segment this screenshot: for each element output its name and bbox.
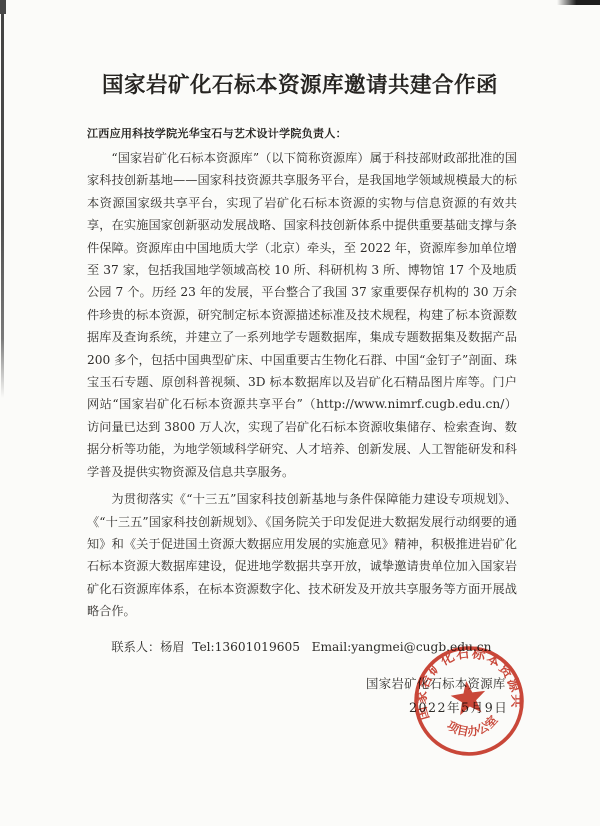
- salutation: 江西应用科技学院光华宝石与艺术设计学院负责人：: [87, 125, 517, 141]
- svg-text:国家岩矿化石标本资源共享平台: 国家岩矿化石标本资源共享平台: [405, 637, 526, 724]
- paragraph-1: “国家岩矿化石标本资源库”（以下简称资源库）属于科技部财政部批准的国家科技创新基…: [87, 147, 517, 483]
- scan-corner-artifact: [0, 0, 6, 14]
- scan-edge-artifact: [1, 0, 4, 398]
- seal-ring-text: 国家岩矿化石标本资源共享平台: [405, 637, 526, 724]
- scanned-letter-page: 国家岩矿化石标本资源库邀请共建合作函 江西应用科技学院光华宝石与艺术设计学院负责…: [0, 0, 600, 826]
- letter-body: 江西应用科技学院光华宝石与艺术设计学院负责人： “国家岩矿化石标本资源库”（以下…: [87, 125, 517, 658]
- svg-text:项目办公室: 项目办公室: [443, 711, 502, 742]
- star-icon: [449, 678, 488, 716]
- letter-title: 国家岩矿化石标本资源库邀请共建合作函: [0, 0, 600, 99]
- paragraph-2: 为贯彻落实《“十三五”国家科技创新基地与条件保障能力建设专项规划》、《“十三五”…: [87, 488, 517, 622]
- seal-bottom-text: 项目办公室: [443, 711, 502, 742]
- official-seal: 国家岩矿化石标本资源共享平台 项目办公室: [405, 637, 534, 766]
- scan-topright-artifact: [557, 0, 600, 5]
